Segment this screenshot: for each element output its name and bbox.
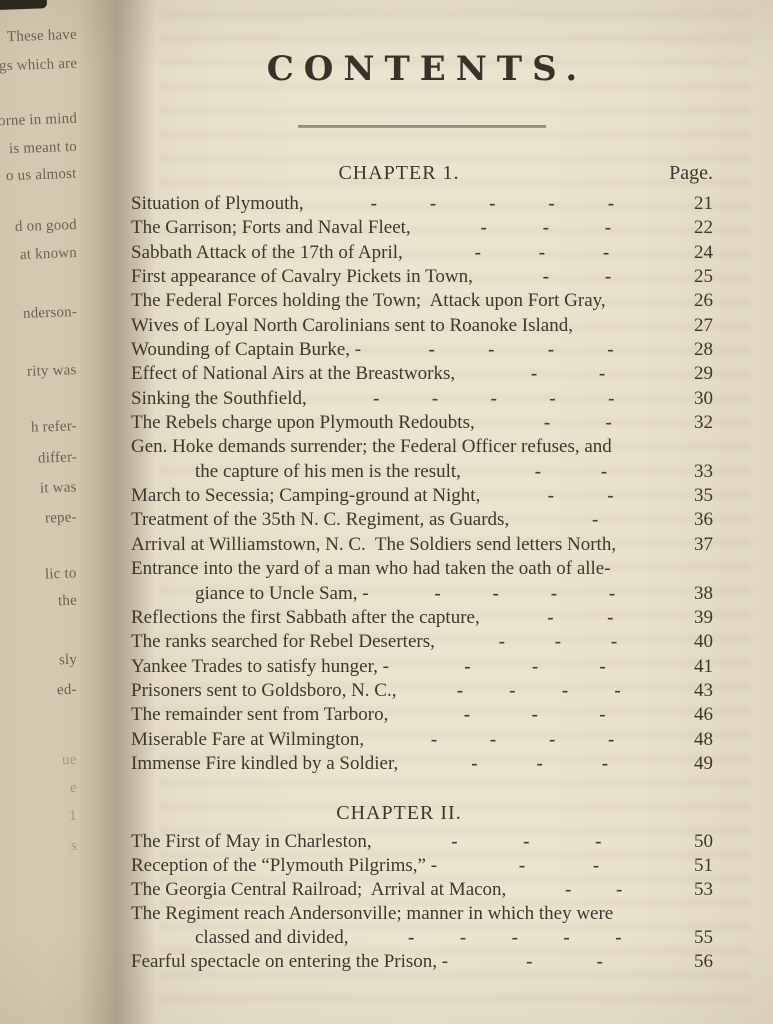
toc-entry-title: Situation of Plymouth, xyxy=(131,192,304,216)
leader-dash: - xyxy=(480,216,486,240)
page-number: 56 xyxy=(677,950,713,974)
toc-entry-title: Sabbath Attack of the 17th of April, xyxy=(131,241,403,265)
leader-dash: - xyxy=(371,192,377,216)
page-number: 27 xyxy=(677,314,713,338)
toc-entry-title: First appearance of Cavalry Pickets in T… xyxy=(131,265,473,289)
leader-dash: - xyxy=(593,854,599,878)
toc-row: Treatment of the 35th N. C. Regiment, as… xyxy=(131,508,713,532)
leader-dash: - xyxy=(607,338,613,362)
page-number: 46 xyxy=(677,703,713,727)
chapter-2-heading: CHAPTER II. xyxy=(108,800,690,826)
page-number: 35 xyxy=(677,484,713,508)
toc-row: Situation of Plymouth,-----21 xyxy=(131,192,713,216)
dash-leader: --- xyxy=(372,830,677,854)
leader-dash: - xyxy=(599,362,605,386)
leader-dash: - xyxy=(432,387,438,411)
toc-row: March to Secessia; Camping-ground at Nig… xyxy=(131,484,713,508)
page-number: 24 xyxy=(677,241,713,265)
toc-row: Miserable Fare at Wilmington,----48 xyxy=(131,728,713,752)
toc-entry-title: March to Secessia; Camping-ground at Nig… xyxy=(131,484,480,508)
dash-leader: -- xyxy=(475,411,677,435)
dash-leader: -- xyxy=(461,460,677,484)
left-page-text-fragment: ue xyxy=(62,752,77,769)
leader-dash: - xyxy=(548,338,554,362)
left-page-text-fragment: the xyxy=(58,593,78,611)
left-page-text-fragment: s xyxy=(71,838,78,855)
leader-dash: - xyxy=(451,830,457,854)
toc-entry-title: The Federal Forces holding the Town; Att… xyxy=(131,289,606,313)
toc-entry-title: The ranks searched for Rebel Deserters, xyxy=(131,630,435,654)
page-number: 33 xyxy=(677,460,713,484)
toc-row: The Rebels charge upon Plymouth Redoubts… xyxy=(131,411,713,435)
dash-leader: --- xyxy=(403,241,677,265)
page-number: 38 xyxy=(677,582,713,606)
chapter-1-header: CHAPTER 1. Page. xyxy=(131,160,713,186)
title-divider xyxy=(298,125,546,128)
page-edge-dark-fragment xyxy=(0,0,47,10)
dash-leader: -- xyxy=(455,362,677,386)
toc-entry-title: the capture of his men is the result, xyxy=(131,460,461,484)
toc-row: Wounding of Captain Burke, -----28 xyxy=(131,338,713,362)
left-page-edge: These havegs which areorne in mindis mea… xyxy=(0,0,82,1024)
table-of-contents: CONTENTS. CHAPTER 1. Page. Situation of … xyxy=(131,46,713,974)
toc-row: The Federal Forces holding the Town; Att… xyxy=(131,289,713,313)
toc-entry-title: Yankee Trades to satisfy hunger, - xyxy=(131,655,389,679)
leader-dash: - xyxy=(551,582,557,606)
leader-dash: - xyxy=(592,508,598,532)
toc-row: Arrival at Williamstown, N. C. The Soldi… xyxy=(131,533,713,557)
dash-leader: -- xyxy=(448,950,677,974)
dash-leader: -- xyxy=(480,606,677,630)
page-number: 28 xyxy=(677,338,713,362)
leader-dash: - xyxy=(490,728,496,752)
toc-row: Gen. Hoke demands surrender; the Federal… xyxy=(131,435,713,459)
left-page-text-fragment: h refer- xyxy=(31,418,77,437)
leader-dash: - xyxy=(609,582,615,606)
leader-dash: - xyxy=(607,484,613,508)
toc-entry-title: Arrival at Williamstown, N. C. The Soldi… xyxy=(131,533,616,557)
toc-row: Reception of the “Plymouth Pilgrims,” --… xyxy=(131,854,713,878)
toc-entry-title: classed and divided, xyxy=(131,926,349,950)
leader-dash: - xyxy=(547,606,553,630)
page-number: 43 xyxy=(677,679,713,703)
toc-entry-title: giance to Uncle Sam, - xyxy=(131,582,369,606)
dash-leader: ----- xyxy=(304,192,677,216)
leader-dash: - xyxy=(536,752,542,776)
leader-dash: - xyxy=(597,950,603,974)
chapter-2-header: CHAPTER II. xyxy=(131,800,713,826)
toc-row: classed and divided,-----55 xyxy=(131,926,713,950)
toc-row: Sinking the Southfield,-----30 xyxy=(131,387,713,411)
dash-leader: ----- xyxy=(349,926,677,950)
dash-leader: ----- xyxy=(307,387,677,411)
left-page-text-fragment: 1 xyxy=(69,808,77,825)
leader-dash: - xyxy=(603,241,609,265)
page-number: 40 xyxy=(677,630,713,654)
toc-entry-title: Effect of National Airs at the Breastwor… xyxy=(131,362,455,386)
leader-dash: - xyxy=(512,926,518,950)
toc-row: The First of May in Charleston,---50 xyxy=(131,830,713,854)
leader-dash: - xyxy=(543,265,549,289)
dash-leader: --- xyxy=(435,630,677,654)
dash-leader: ---- xyxy=(369,582,677,606)
leader-dash: - xyxy=(509,679,515,703)
toc-row: Prisoners sent to Goldsboro, N. C.,----4… xyxy=(131,679,713,703)
leader-dash: - xyxy=(539,241,545,265)
dash-leader: ---- xyxy=(364,728,677,752)
page-number: 26 xyxy=(677,289,713,313)
toc-entry-title: Prisoners sent to Goldsboro, N. C., xyxy=(131,679,396,703)
toc-entry-title: The Regiment reach Andersonville; manner… xyxy=(131,902,613,926)
leader-dash: - xyxy=(607,606,613,630)
toc-entry-title: Reflections the first Sabbath after the … xyxy=(131,606,480,630)
leader-dash: - xyxy=(519,854,525,878)
left-page-text-fragment: repe- xyxy=(45,509,77,527)
leader-dash: - xyxy=(460,926,466,950)
page-number: 41 xyxy=(677,655,713,679)
toc-row: The ranks searched for Rebel Deserters,-… xyxy=(131,630,713,654)
left-page-text-fragment: e xyxy=(70,780,77,797)
leader-dash: - xyxy=(464,655,470,679)
toc-entry-title: Treatment of the 35th N. C. Regiment, as… xyxy=(131,508,509,532)
toc-entry-title: Sinking the Southfield, xyxy=(131,387,307,411)
leader-dash: - xyxy=(605,265,611,289)
left-page-text-fragment: it was xyxy=(40,479,77,497)
dash-leader: -- xyxy=(480,484,677,508)
leader-dash: - xyxy=(548,484,554,508)
page-number: 48 xyxy=(677,728,713,752)
toc-entry-title: The remainder sent from Tarboro, xyxy=(131,703,388,727)
leader-dash: - xyxy=(431,728,437,752)
page-column-label: Page. xyxy=(669,160,713,186)
left-page-text-fragment: rity was xyxy=(27,362,77,381)
leader-dash: - xyxy=(428,338,434,362)
toc-entry-title: The Rebels charge upon Plymouth Redoubts… xyxy=(131,411,475,435)
left-page-text-fragment: These have xyxy=(7,27,77,46)
scanned-book-page: These havegs which areorne in mindis mea… xyxy=(0,0,773,1024)
toc-row: giance to Uncle Sam, -----38 xyxy=(131,582,713,606)
dash-leader: --- xyxy=(411,216,677,240)
left-page-text-fragment: orne in mind xyxy=(0,111,77,131)
chapter-1-heading: CHAPTER 1. xyxy=(108,160,690,186)
dash-leader: ---- xyxy=(396,679,677,703)
page-number: 25 xyxy=(677,265,713,289)
dash-leader: --- xyxy=(398,752,677,776)
leader-dash: - xyxy=(548,192,554,216)
page-number: 32 xyxy=(677,411,713,435)
leader-dash: - xyxy=(544,411,550,435)
page-title: CONTENTS. xyxy=(131,46,713,92)
toc-entry-title: The First of May in Charleston, xyxy=(131,830,372,854)
toc-row: Yankee Trades to satisfy hunger, ----41 xyxy=(131,655,713,679)
leader-dash: - xyxy=(535,460,541,484)
toc-entry-title: Entrance into the yard of a man who had … xyxy=(131,557,611,581)
page-number: 51 xyxy=(677,854,713,878)
toc-entry-title: The Garrison; Forts and Naval Fleet, xyxy=(131,216,411,240)
leader-dash: - xyxy=(549,387,555,411)
toc-entry-title: Immense Fire kindled by a Soldier, xyxy=(131,752,398,776)
chapter-2-entries: The First of May in Charleston,---50Rece… xyxy=(131,830,713,974)
toc-row: Effect of National Airs at the Breastwor… xyxy=(131,362,713,386)
leader-dash: - xyxy=(526,950,532,974)
leader-dash: - xyxy=(532,703,538,727)
dash-leader: ---- xyxy=(361,338,677,362)
page-number: 22 xyxy=(677,216,713,240)
left-page-text-fragment: nderson- xyxy=(23,304,78,323)
page-number: 49 xyxy=(677,752,713,776)
leader-dash: - xyxy=(555,630,561,654)
leader-dash: - xyxy=(523,830,529,854)
leader-dash: - xyxy=(549,728,555,752)
toc-row: Entrance into the yard of a man who had … xyxy=(131,557,713,581)
toc-row: The Garrison; Forts and Naval Fleet,---2… xyxy=(131,216,713,240)
left-page-text-fragment: gs which are xyxy=(0,56,77,76)
left-page-text-fragment: ed- xyxy=(57,682,77,700)
left-page-text-fragment: differ- xyxy=(38,449,78,467)
dash-leader: -- xyxy=(506,878,677,902)
toc-row: The Georgia Central Railroad; Arrival at… xyxy=(131,878,713,902)
left-page-text-fragment: is meant to xyxy=(9,139,78,158)
leader-dash: - xyxy=(471,752,477,776)
left-page-text-fragment: at known xyxy=(20,245,78,264)
leader-dash: - xyxy=(601,460,607,484)
leader-dash: - xyxy=(434,582,440,606)
toc-row: The remainder sent from Tarboro,---46 xyxy=(131,703,713,727)
dash-leader: --- xyxy=(388,703,677,727)
toc-row: Wives of Loyal North Carolinians sent to… xyxy=(131,314,713,338)
dash-leader: -- xyxy=(437,854,677,878)
leader-dash: - xyxy=(475,241,481,265)
dash-leader: -- xyxy=(473,265,677,289)
leader-dash: - xyxy=(373,387,379,411)
toc-row: the capture of his men is the result,--3… xyxy=(131,460,713,484)
leader-dash: - xyxy=(532,655,538,679)
leader-dash: - xyxy=(457,679,463,703)
leader-dash: - xyxy=(605,411,611,435)
page-number: 53 xyxy=(677,878,713,902)
leader-dash: - xyxy=(611,630,617,654)
leader-dash: - xyxy=(595,830,601,854)
leader-dash: - xyxy=(608,387,614,411)
page-number: 21 xyxy=(677,192,713,216)
leader-dash: - xyxy=(562,679,568,703)
leader-dash: - xyxy=(488,338,494,362)
dash-leader: --- xyxy=(389,655,677,679)
chapter-1-entries: Situation of Plymouth,-----21The Garriso… xyxy=(131,192,713,776)
leader-dash: - xyxy=(499,630,505,654)
page-number: 36 xyxy=(677,508,713,532)
leader-dash: - xyxy=(599,655,605,679)
toc-entry-title: Gen. Hoke demands surrender; the Federal… xyxy=(131,435,612,459)
left-page-text-fragment: lic to xyxy=(45,565,77,583)
page-number: 30 xyxy=(677,387,713,411)
leader-dash: - xyxy=(491,387,497,411)
leader-dash: - xyxy=(605,216,611,240)
page-number: 29 xyxy=(677,362,713,386)
leader-dash: - xyxy=(543,216,549,240)
toc-entry-title: Fearful spectacle on entering the Prison… xyxy=(131,950,448,974)
leader-dash: - xyxy=(464,703,470,727)
leader-dash: - xyxy=(565,878,571,902)
leader-dash: - xyxy=(608,728,614,752)
toc-row: Immense Fire kindled by a Soldier,---49 xyxy=(131,752,713,776)
toc-row: Sabbath Attack of the 17th of April,---2… xyxy=(131,241,713,265)
toc-row: The Regiment reach Andersonville; manner… xyxy=(131,902,713,926)
page-number: 55 xyxy=(677,926,713,950)
page-number: 37 xyxy=(677,533,713,557)
leader-dash: - xyxy=(599,703,605,727)
leader-dash: - xyxy=(493,582,499,606)
leader-dash: - xyxy=(608,192,614,216)
leader-dash: - xyxy=(563,926,569,950)
left-page-text-fragment: o us almost xyxy=(6,166,77,185)
leader-dash: - xyxy=(616,878,622,902)
toc-entry-title: Miserable Fare at Wilmington, xyxy=(131,728,364,752)
left-page-text-fragment: sly xyxy=(59,652,78,670)
leader-dash: - xyxy=(408,926,414,950)
leader-dash: - xyxy=(430,192,436,216)
dash-leader: - xyxy=(509,508,677,532)
left-page-text-fragment: d on good xyxy=(15,217,77,236)
toc-row: First appearance of Cavalry Pickets in T… xyxy=(131,265,713,289)
leader-dash: - xyxy=(531,362,537,386)
leader-dash: - xyxy=(489,192,495,216)
page-number: 39 xyxy=(677,606,713,630)
toc-entry-title: The Georgia Central Railroad; Arrival at… xyxy=(131,878,506,902)
toc-entry-title: Wounding of Captain Burke, - xyxy=(131,338,361,362)
toc-entry-title: Wives of Loyal North Carolinians sent to… xyxy=(131,314,573,338)
leader-dash: - xyxy=(614,679,620,703)
toc-row: Fearful spectacle on entering the Prison… xyxy=(131,950,713,974)
toc-row: Reflections the first Sabbath after the … xyxy=(131,606,713,630)
leader-dash: - xyxy=(602,752,608,776)
leader-dash: - xyxy=(615,926,621,950)
page-number: 50 xyxy=(677,830,713,854)
toc-entry-title: Reception of the “Plymouth Pilgrims,” - xyxy=(131,854,437,878)
